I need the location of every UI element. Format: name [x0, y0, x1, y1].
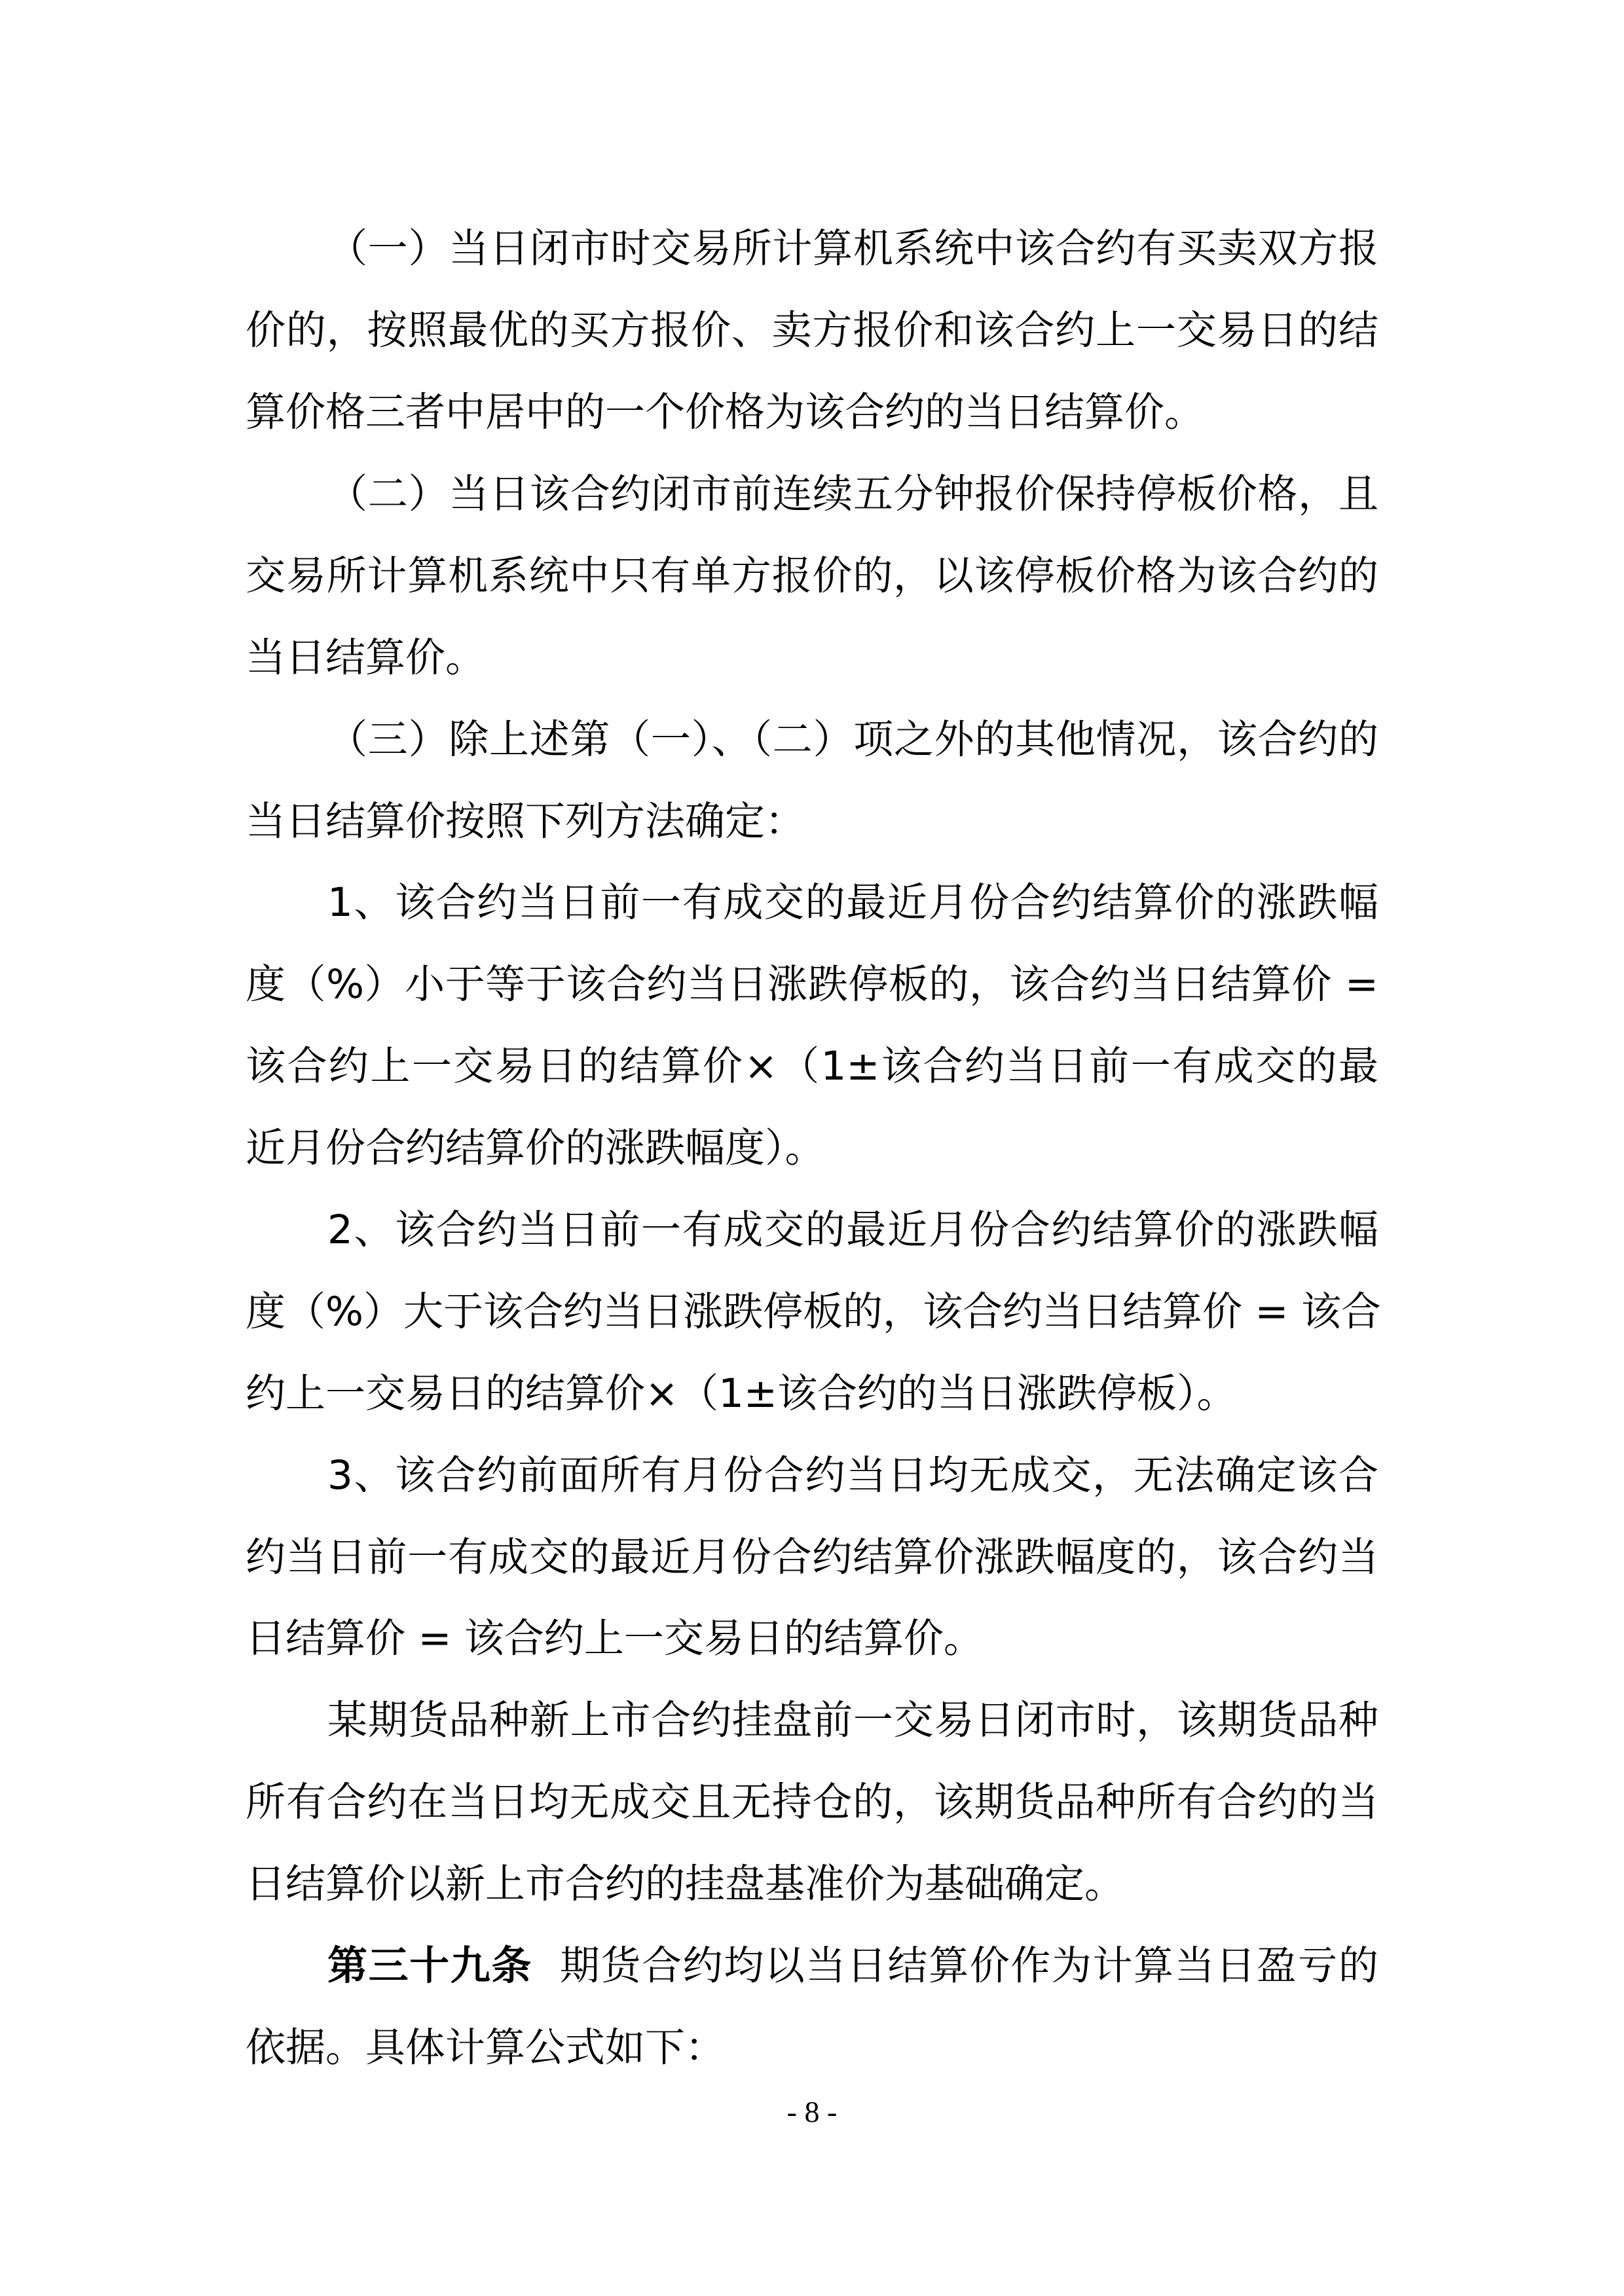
- item-1-line-4: 近月份合约结算价的涨跌幅度）。: [246, 1122, 1378, 1204]
- item-2-line-1: 2、该合约当日前一有成交的最近月份合约结算价的涨跌幅: [327, 1204, 1378, 1286]
- item-2-line-3: 约上一交易日的结算价×（1±该合约的当日涨跌停板）。: [246, 1368, 1378, 1449]
- item-1-line-2: 度（%）小于等于该合约当日涨跌停板的，该合约当日结算价 =: [246, 958, 1378, 1040]
- page-number: - 8 -: [747, 2092, 877, 2132]
- article-39-line-2: 依据。具体计算公式如下：: [246, 2022, 1378, 2104]
- item-3-line-2: 约当日前一有成交的最近月份合约结算价涨跌幅度的，该合约当: [246, 1531, 1378, 1613]
- item-3-line-3: 日结算价 = 该合约上一交易日的结算价。: [246, 1613, 1378, 1694]
- paragraph-2-line-3: 当日结算价。: [246, 632, 1378, 714]
- article-39-line-1: 第三十九条 期货合约均以当日结算价作为计算当日盈亏的: [327, 1940, 1378, 2022]
- paragraph-2-line-1: （二）当日该合约闭市前连续五分钟报价保持停板价格，且: [327, 468, 1378, 550]
- article-heading: 第三十九条: [327, 1942, 532, 1989]
- paragraph-4-line-1: 某期货品种新上市合约挂盘前一交易日闭市时，该期货品种: [327, 1694, 1378, 1776]
- paragraph-1-line-1: （一）当日闭市时交易所计算机系统中该合约有买卖双方报: [327, 223, 1378, 304]
- document-page: （一）当日闭市时交易所计算机系统中该合约有买卖双方报 价的，按照最优的买方报价、…: [0, 0, 1624, 2296]
- paragraph-2-line-2: 交易所计算机系统中只有单方报价的，以该停板价格为该合约的: [246, 550, 1378, 632]
- paragraph-1-line-2: 价的，按照最优的买方报价、卖方报价和该合约上一交易日的结: [246, 304, 1378, 386]
- paragraph-4-line-2: 所有合约在当日均无成交且无持仓的，该期货品种所有合约的当: [246, 1776, 1378, 1858]
- paragraph-3-line-2: 当日结算价按照下列方法确定：: [246, 795, 1378, 877]
- paragraph-4-line-3: 日结算价以新上市合约的挂盘基准价为基础确定。: [246, 1858, 1378, 1940]
- paragraph-3-line-1: （三）除上述第（一）、（二）项之外的其他情况，该合约的: [327, 714, 1378, 795]
- item-1-line-1: 1、该合约当日前一有成交的最近月份合约结算价的涨跌幅: [327, 877, 1378, 958]
- item-3-line-1: 3、该合约前面所有月份合约当日均无成交，无法确定该合: [327, 1449, 1378, 1531]
- item-2-line-2: 度（%）大于该合约当日涨跌停板的，该合约当日结算价 = 该合: [246, 1286, 1378, 1368]
- item-1-line-3: 该合约上一交易日的结算价×（1±该合约当日前一有成交的最: [246, 1040, 1378, 1122]
- article-39-text: 期货合约均以当日结算价作为计算当日盈亏的: [532, 1942, 1378, 1989]
- paragraph-1-line-3: 算价格三者中居中的一个价格为该合约的当日结算价。: [246, 386, 1378, 468]
